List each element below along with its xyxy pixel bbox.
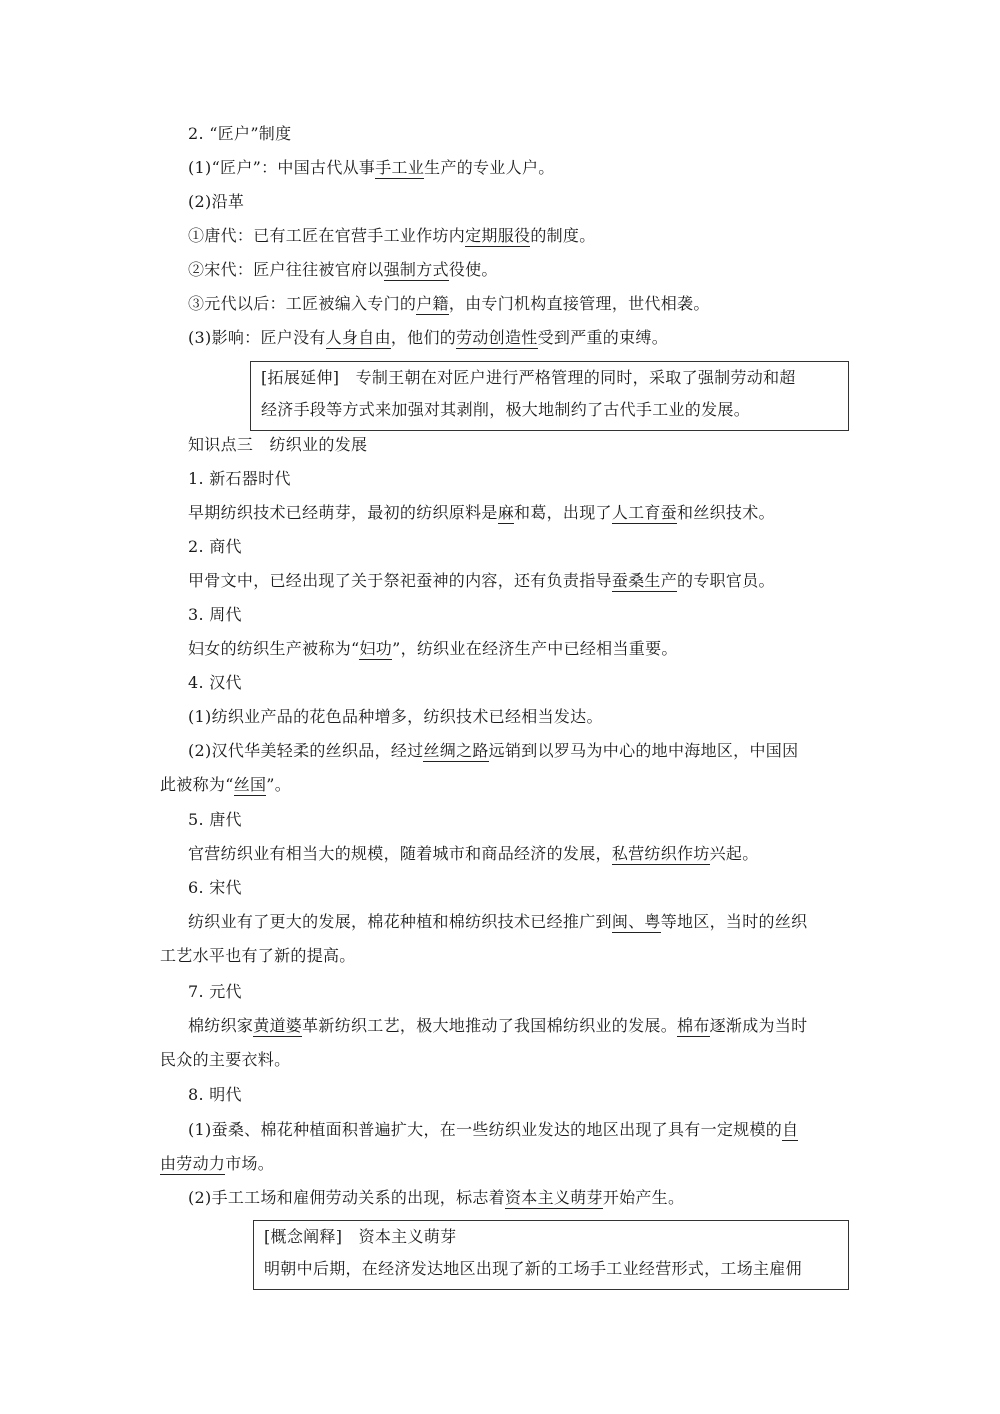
underlined-keyword: 妇功 <box>359 639 392 660</box>
underlined-keyword: 麻 <box>498 503 514 524</box>
subheading: 3. 周代 <box>188 605 242 625</box>
text: 和丝织技术。 <box>677 503 775 522</box>
paragraph-continued: 工艺水平也有了新的提高。 <box>160 946 356 966</box>
box-text: 明朝中后期，在经济发达地区出现了新的工场手工业经营形式，工场主雇佣 <box>264 1259 802 1279</box>
text: 革新纺织工艺，极大地推动了我国棉纺织业的发展。 <box>302 1016 677 1035</box>
paragraph: ③元代以后：工匠被编入专门的户籍，由专门机构直接管理，世代相袭。 <box>188 294 710 314</box>
text: 役使。 <box>449 260 498 279</box>
subheading: 2. 商代 <box>188 537 242 557</box>
text: ②宋代：匠户往往被官府以 <box>188 260 384 279</box>
paragraph-continued: 民众的主要衣料。 <box>160 1050 290 1070</box>
box-text: [拓展延伸] 专制王朝在对匠户进行严格管理的同时，采取了强制劳动和超 <box>261 368 796 388</box>
text: 受到严重的束缚。 <box>538 328 668 347</box>
subheading: 7. 元代 <box>188 982 242 1002</box>
text: 开始产生。 <box>603 1188 685 1207</box>
text: (1)蚕桑、棉花种植面积普遍扩大，在一些纺织业发达的地区出现了具有一定规模的 <box>188 1120 782 1139</box>
text: 远销到以罗马为中心的地中海地区，中国因 <box>489 741 799 760</box>
text: 甲骨文中，已经出现了关于祭祀蚕神的内容，还有负责指导 <box>188 571 612 590</box>
underlined-keyword: 自 <box>782 1120 798 1141</box>
text: ③元代以后：工匠被编入专门的 <box>188 294 416 313</box>
paragraph: (2)汉代华美轻柔的丝织品，经过丝绸之路远销到以罗马为中心的地中海地区，中国因 <box>188 741 798 761</box>
paragraph: (3)影响：匠户没有人身自由，他们的劳动创造性受到严重的束缚。 <box>188 328 668 348</box>
paragraph: 棉纺织家黄道婆革新纺织工艺，极大地推动了我国棉纺织业的发展。棉布逐渐成为当时 <box>188 1016 807 1036</box>
paragraph: 早期纺织技术已经萌芽，最初的纺织原料是麻和葛，出现了人工育蚕和丝织技术。 <box>188 503 775 523</box>
subheading: 6. 宋代 <box>188 878 242 898</box>
extension-box: [拓展延伸] 专制王朝在对匠户进行严格管理的同时，采取了强制劳动和超 经济手段等… <box>250 361 849 431</box>
paragraph: (2)手工工场和雇佣劳动关系的出现，标志着资本主义萌芽开始产生。 <box>188 1188 684 1208</box>
text: (2)手工工场和雇佣劳动关系的出现，标志着 <box>188 1188 505 1207</box>
subheading: 8. 明代 <box>188 1085 242 1105</box>
underlined-keyword: 黄道婆 <box>253 1016 302 1037</box>
underlined-keyword: 蚕桑生产 <box>612 571 677 592</box>
underlined-keyword: 强制方式 <box>384 260 449 281</box>
text: 棉纺织家 <box>188 1016 253 1035</box>
underlined-keyword: 定期服役 <box>465 226 530 247</box>
text: 生产的专业人户。 <box>424 158 554 177</box>
text: 逐渐成为当时 <box>710 1016 808 1035</box>
underlined-keyword: 资本主义萌芽 <box>505 1188 603 1209</box>
paragraph: 官营纺织业有相当大的规模，随着城市和商品经济的发展，私营纺织作坊兴起。 <box>188 844 759 864</box>
paragraph: 妇女的纺织生产被称为“妇功”，纺织业在经济生产中已经相当重要。 <box>188 639 678 659</box>
underlined-keyword: 丝国 <box>234 775 267 796</box>
text: 等地区，当时的丝织 <box>661 912 808 931</box>
underlined-keyword: 闽、粤 <box>612 912 661 933</box>
text: 兴起。 <box>710 844 759 863</box>
text: 纺织业有了更大的发展，棉花种植和棉纺织技术已经推广到 <box>188 912 612 931</box>
underlined-keyword: 私营纺织作坊 <box>612 844 710 865</box>
subheading: 5. 唐代 <box>188 810 242 830</box>
text: 妇女的纺织生产被称为“ <box>188 639 359 658</box>
concept-box: [概念阐释] 资本主义萌芽 明朝中后期，在经济发达地区出现了新的工场手工业经营形… <box>253 1220 849 1290</box>
underlined-keyword: 户籍 <box>416 294 449 315</box>
text: (2)汉代华美轻柔的丝织品，经过 <box>188 741 423 760</box>
underlined-keyword: 丝绸之路 <box>423 741 488 762</box>
text: 早期纺织技术已经萌芽，最初的纺织原料是 <box>188 503 498 522</box>
text: 官营纺织业有相当大的规模，随着城市和商品经济的发展， <box>188 844 612 863</box>
underlined-keyword: 棉布 <box>677 1016 710 1037</box>
subheading: 4. 汉代 <box>188 673 242 693</box>
paragraph: (1)“匠户”：中国古代从事手工业生产的专业人户。 <box>188 158 555 178</box>
text: (3)影响：匠户没有 <box>188 328 326 347</box>
text: ①唐代：已有工匠在官营手工业作坊内 <box>188 226 465 245</box>
section-heading: 知识点三 纺织业的发展 <box>188 435 367 455</box>
text: ，由专门机构直接管理，世代相袭。 <box>449 294 710 313</box>
paragraph-continued: 此被称为“丝国”。 <box>160 775 291 795</box>
underlined-keyword: 人工育蚕 <box>612 503 677 524</box>
section-heading: 2. “匠户”制度 <box>188 124 291 144</box>
text: ，他们的 <box>391 328 456 347</box>
subheading: (2)沿革 <box>188 192 244 212</box>
text: ”。 <box>266 775 291 794</box>
text: (1)“匠户”：中国古代从事 <box>188 158 375 177</box>
paragraph: 甲骨文中，已经出现了关于祭祀蚕神的内容，还有负责指导蚕桑生产的专职官员。 <box>188 571 775 591</box>
text: ”，纺织业在经济生产中已经相当重要。 <box>392 639 678 658</box>
box-text: [概念阐释] 资本主义萌芽 <box>264 1227 456 1247</box>
paragraph: ②宋代：匠户往往被官府以强制方式役使。 <box>188 260 498 280</box>
paragraph: (1)蚕桑、棉花种植面积普遍扩大，在一些纺织业发达的地区出现了具有一定规模的自 <box>188 1120 798 1140</box>
underlined-keyword: 人身自由 <box>326 328 391 349</box>
text: 的制度。 <box>530 226 595 245</box>
paragraph: (1)纺织业产品的花色品种增多，纺织技术已经相当发达。 <box>188 707 603 727</box>
text: 和葛，出现了 <box>514 503 612 522</box>
paragraph-continued: 由劳动力市场。 <box>160 1154 274 1174</box>
text: 此被称为“ <box>160 775 234 794</box>
text: 的专职官员。 <box>677 571 775 590</box>
underlined-keyword: 劳动创造性 <box>456 328 538 349</box>
text: 市场。 <box>225 1154 274 1173</box>
box-text: 经济手段等方式来加强对其剥削，极大地制约了古代手工业的发展。 <box>261 400 750 420</box>
paragraph: 纺织业有了更大的发展，棉花种植和棉纺织技术已经推广到闽、粤等地区，当时的丝织 <box>188 912 807 932</box>
underlined-keyword: 手工业 <box>375 158 424 179</box>
underlined-keyword: 由劳动力 <box>160 1154 225 1175</box>
paragraph: ①唐代：已有工匠在官营手工业作坊内定期服役的制度。 <box>188 226 596 246</box>
subheading: 1. 新石器时代 <box>188 469 291 489</box>
